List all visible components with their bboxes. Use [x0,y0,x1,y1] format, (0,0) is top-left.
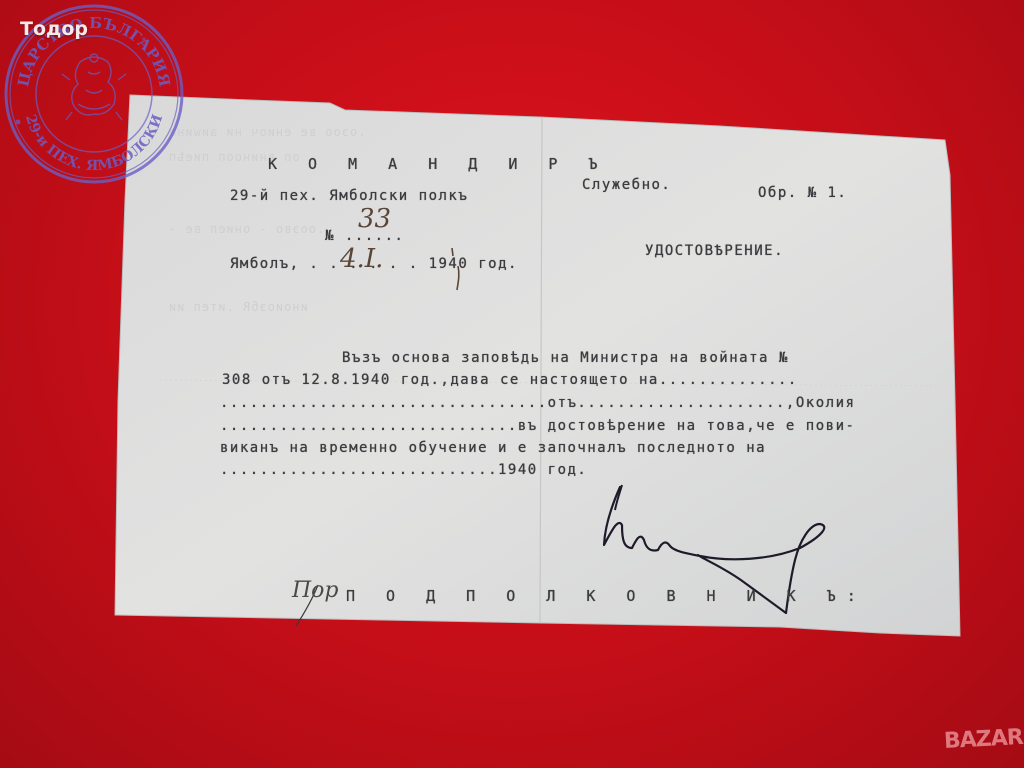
signatory-title: П О Д П О Л К О В Н И К Ъ: [346,587,867,605]
seller-username: Тодор [20,18,88,40]
rank-prefix-handwritten: Пор [292,578,339,603]
site-watermark-logo: BAZAR [943,725,1023,754]
document-photo: .оэоо ве ениоч ни аиwина оп внинооп пиеѣ… [0,0,1024,768]
commander-signature [0,0,1024,768]
